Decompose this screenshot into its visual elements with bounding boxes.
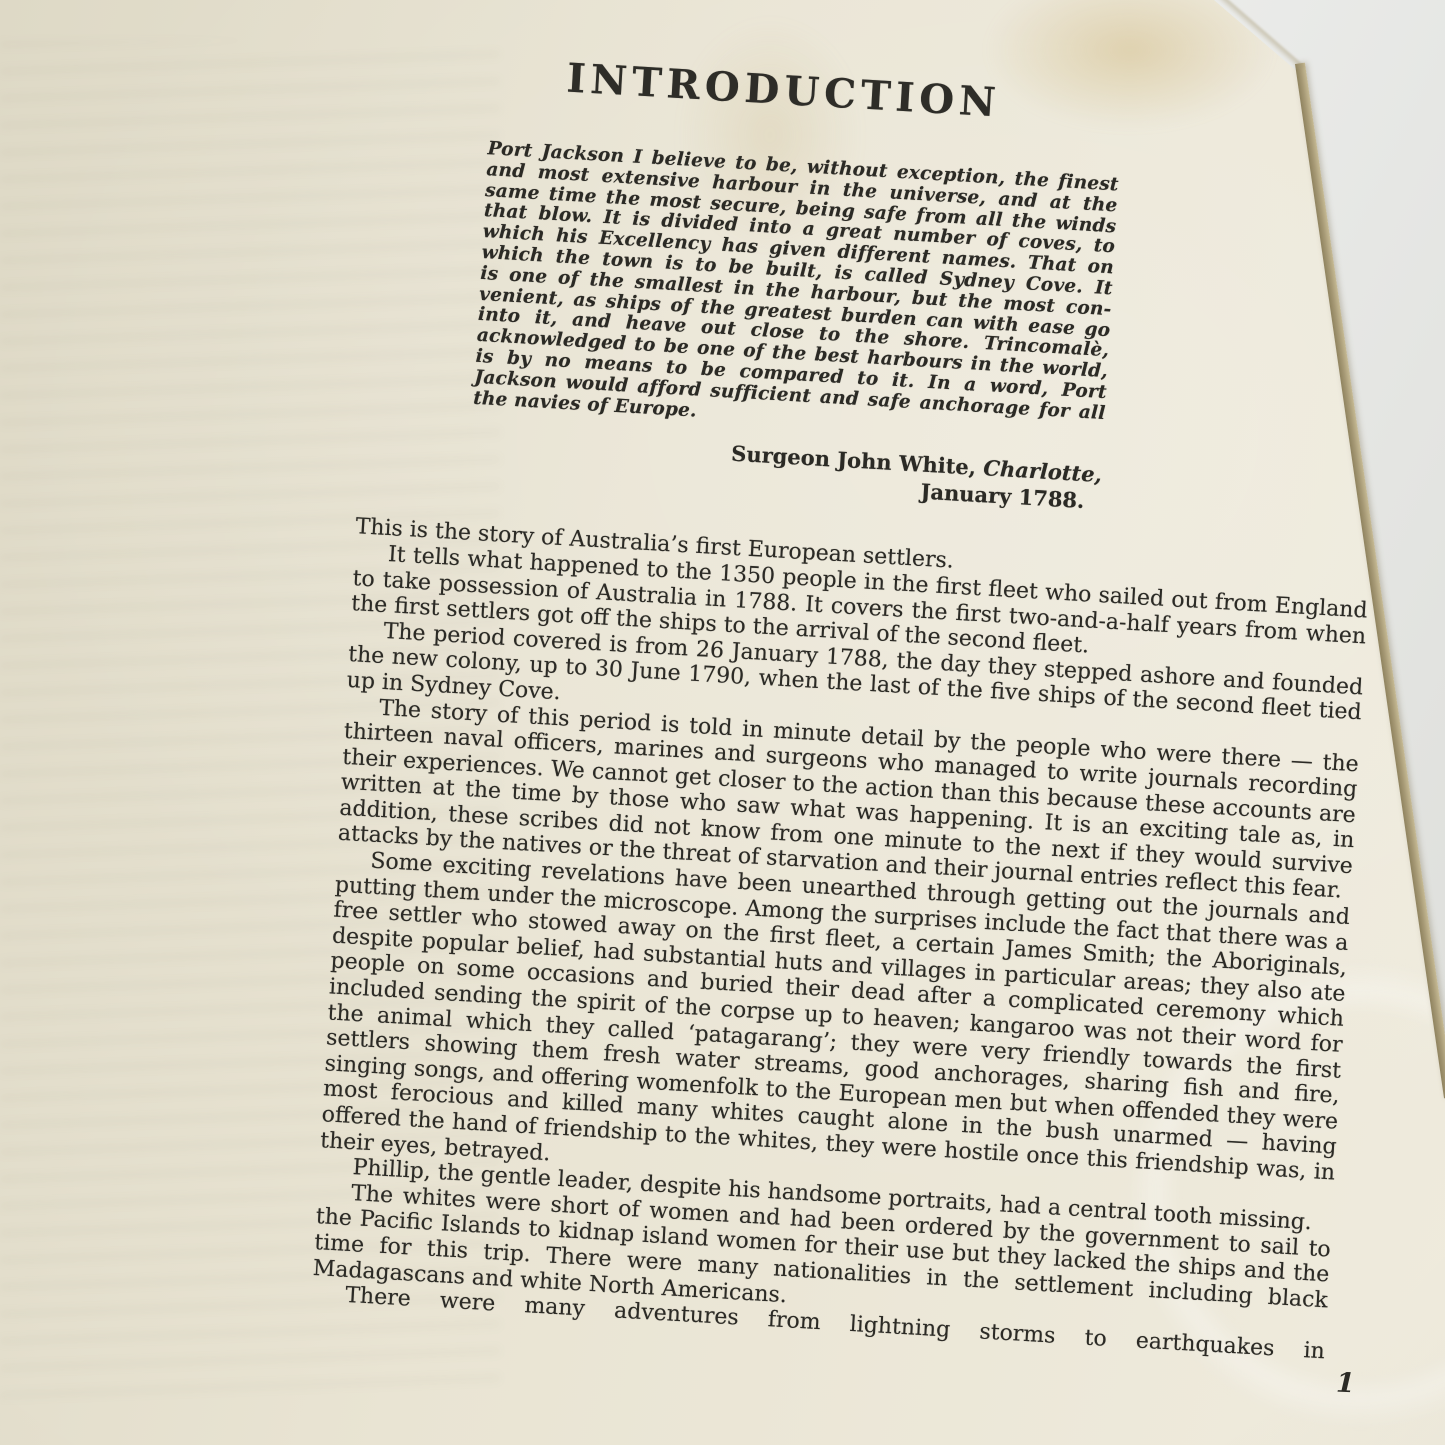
photo-frame: INTRODUCTION Port Jackson I believe to b… — [0, 0, 1445, 1445]
body-paragraph: Some exciting revelations have been unea… — [320, 847, 1351, 1212]
quote-block: Port Jackson I believe to be, without ex… — [473, 139, 1120, 445]
page-number: 1 — [1335, 1368, 1355, 1400]
body-text: This is the story of Australia’s first E… — [311, 515, 1370, 1366]
page-title: INTRODUCTION — [565, 55, 1001, 127]
printed-content: INTRODUCTION Port Jackson I believe to b… — [311, 18, 1399, 1365]
